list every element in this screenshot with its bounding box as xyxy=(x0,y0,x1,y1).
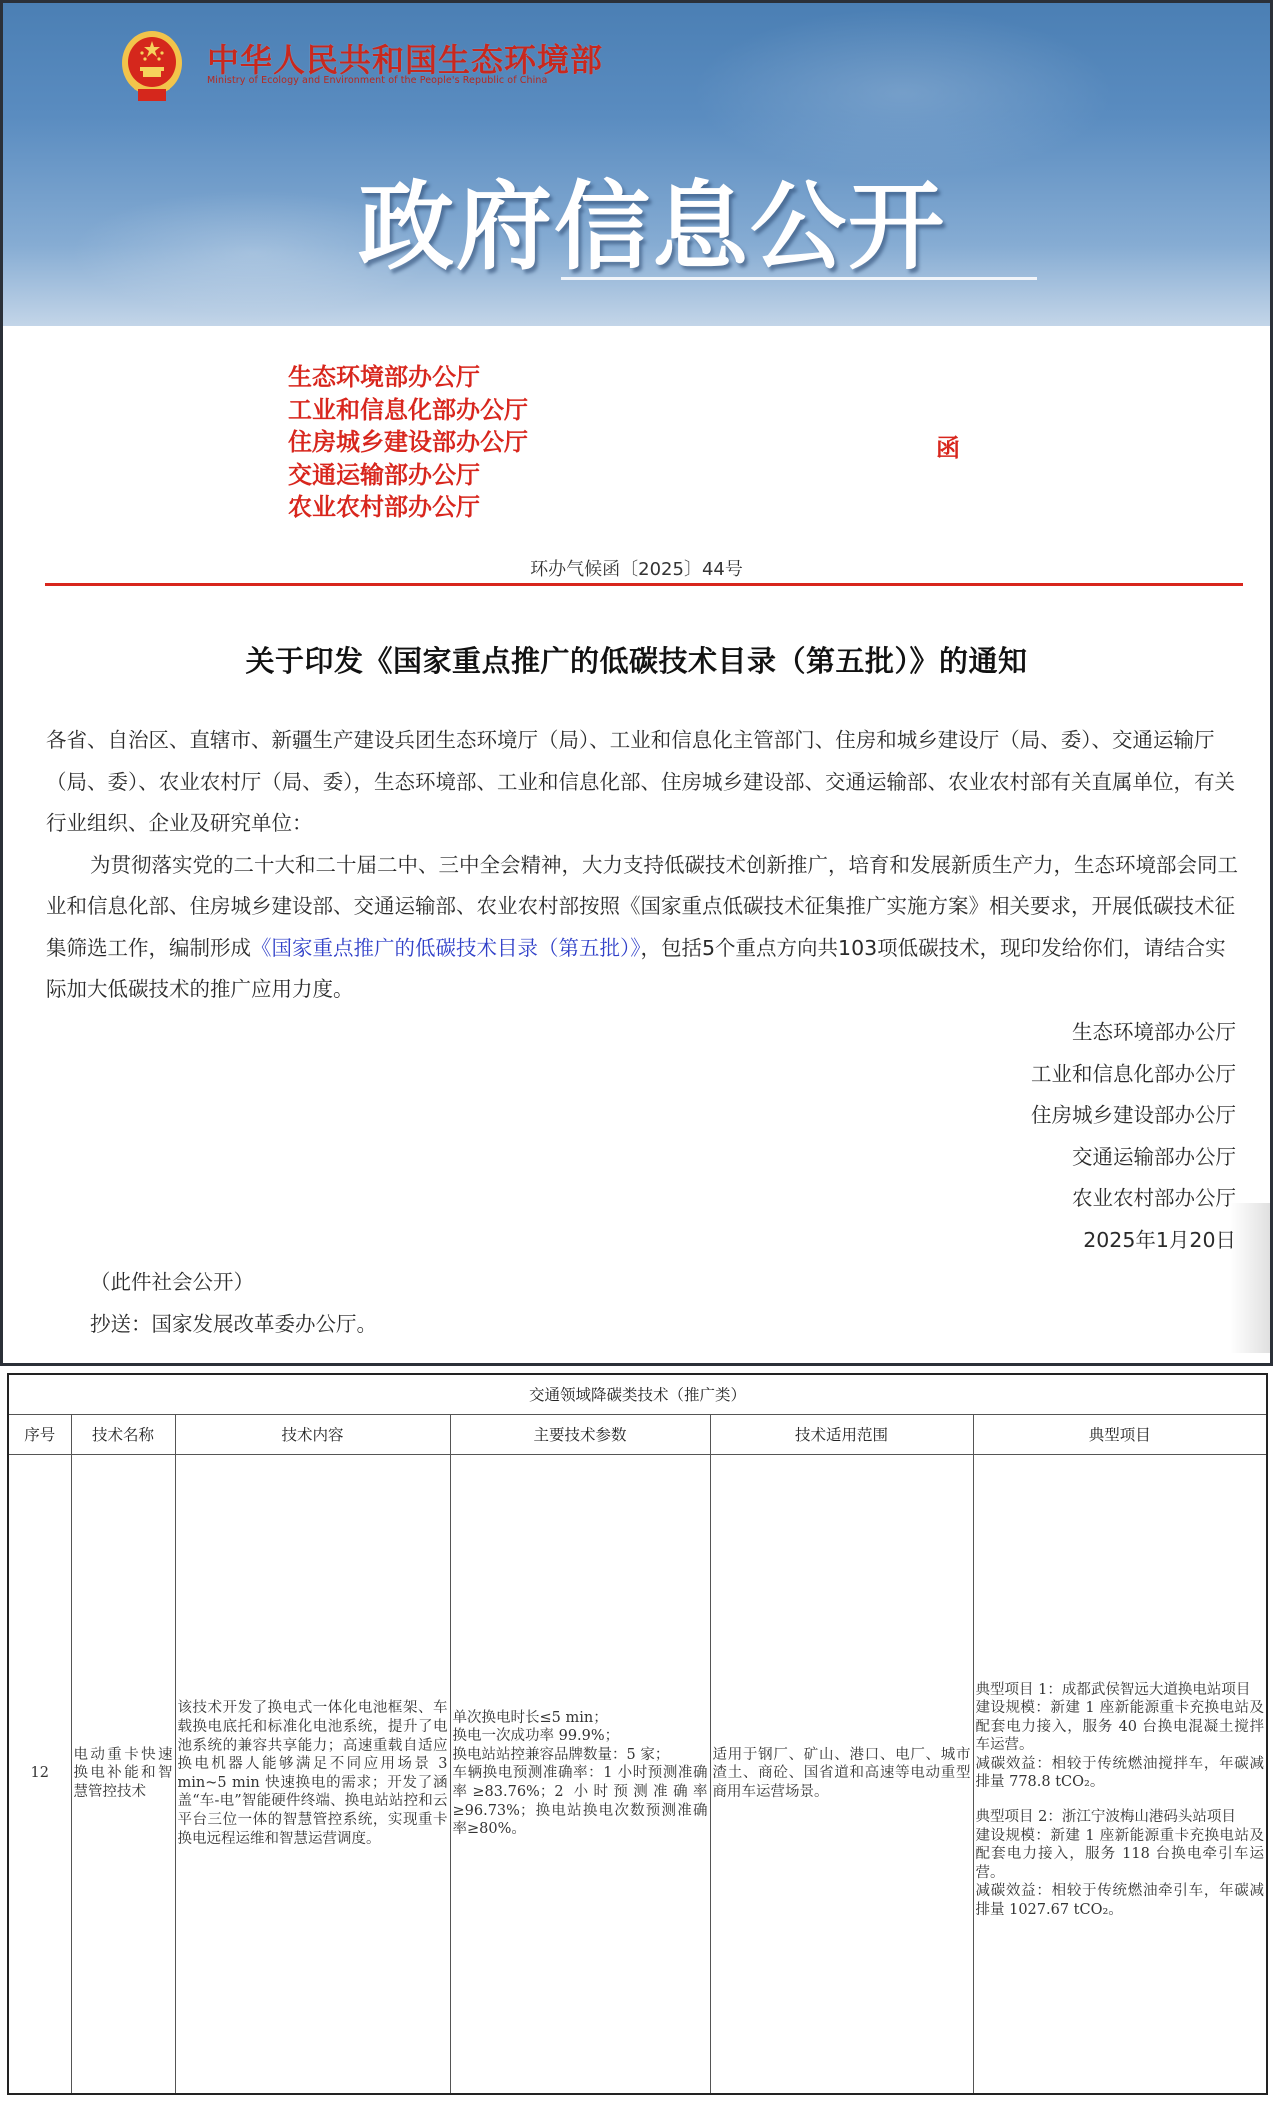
notice-title: 关于印发《国家重点推广的低碳技术目录（第五批）》的通知 xyxy=(3,639,1270,680)
parameter-item: 换电一次成功率 99.9%； xyxy=(453,1727,708,1746)
catalog-link[interactable]: 《国家重点推广的低碳技术目录（第五批）》 xyxy=(251,936,641,960)
tech-scope: 适用于钢厂、矿山、港口、电厂、城市渣土、商砼、国省道和高速等电动重型商用车运营场… xyxy=(710,1454,973,2094)
addressees: 各省、自治区、直辖市、新疆生产建设兵团生态环境厅（局）、工业和信息化主管部门、住… xyxy=(46,720,1246,845)
signature-item: 农业农村部办公厅 xyxy=(1031,1178,1236,1220)
signature-item: 生态环境部办公厅 xyxy=(1031,1012,1236,1054)
column-header-parameters: 主要技术参数 xyxy=(450,1414,710,1454)
tech-name: 电动重卡快速换电补能和智慧管控技术 xyxy=(71,1454,175,2094)
banner-title: 政府信息公开 xyxy=(358,151,946,288)
sender-item: 工业和信息化部办公厅 xyxy=(288,394,528,427)
signature-item: 交通运输部办公厅 xyxy=(1031,1137,1236,1179)
column-header-scope: 技术适用范围 xyxy=(710,1414,973,1454)
gov-info-banner: 中华人民共和国生态环境部 Ministry of Ecology and Env… xyxy=(3,3,1270,326)
national-emblem-icon xyxy=(120,29,184,105)
sender-item: 交通运输部办公厅 xyxy=(288,459,528,492)
column-header-name: 技术名称 xyxy=(71,1414,175,1454)
project-title: 典型项目 2：浙江宁波梅山港码头站项目 xyxy=(976,1808,1265,1827)
column-header-content: 技术内容 xyxy=(175,1414,450,1454)
project-scale: 建设规模：新建 1 座新能源重卡充换电站及配套电力接入，服务 40 台换电混凝土… xyxy=(976,1699,1265,1755)
parameter-item: 换电站站控兼容品牌数量：5 家； xyxy=(453,1746,708,1765)
parameter-item: 单次换电时长≤5 min； xyxy=(453,1709,708,1728)
signature-item: 工业和信息化部办公厅 xyxy=(1031,1054,1236,1096)
notice-document: 中华人民共和国生态环境部 Ministry of Ecology and Env… xyxy=(0,0,1273,1366)
project-item: 典型项目 1：成都武侯智远大道换电站项目 建设规模：新建 1 座新能源重卡充换电… xyxy=(976,1681,1265,1793)
project-benefit: 减碳效益：相较于传统燃油搅拌车，年碳减排量 778.8 tCO₂。 xyxy=(976,1755,1265,1792)
document-number: 环办气候函〔2025〕44号 xyxy=(3,555,1270,581)
row-index: 12 xyxy=(8,1454,71,2094)
red-header-rule xyxy=(45,583,1243,586)
tech-parameters: 单次换电时长≤5 min； 换电一次成功率 99.9%； 换电站站控兼容品牌数量… xyxy=(450,1454,710,2094)
signature-item: 住房城乡建设部办公厅 xyxy=(1031,1095,1236,1137)
project-title: 典型项目 1：成都武侯智远大道换电站项目 xyxy=(976,1681,1265,1700)
low-carbon-tech-table: 交通领域降碳类技术（推广类） 序号 技术名称 技术内容 主要技术参数 技术适用范… xyxy=(7,1373,1268,2095)
page-edge-shadow xyxy=(1230,1203,1270,1353)
doc-type-mark: 函 xyxy=(936,428,960,463)
notice-body: 各省、自治区、直辖市、新疆生产建设兵团生态环境厅（局）、工业和信息化主管部门、住… xyxy=(46,720,1246,1011)
sender-item: 农业农村部办公厅 xyxy=(288,491,528,524)
banner-divider xyxy=(561,277,1037,280)
tech-content: 该技术开发了换电式一体化电池框架、车载换电底托和标准化电池系统，提升了电池系统的… xyxy=(175,1454,450,2094)
project-item: 典型项目 2：浙江宁波梅山港码头站项目 建设规模：新建 1 座新能源重卡充换电站… xyxy=(976,1808,1265,1920)
signature-date: 2025年1月20日 xyxy=(1031,1220,1236,1262)
sender-list: 生态环境部办公厅 工业和信息化部办公厅 住房城乡建设部办公厅 交通运输部办公厅 … xyxy=(288,361,528,524)
column-header-index: 序号 xyxy=(8,1414,71,1454)
typical-projects: 典型项目 1：成都武侯智远大道换电站项目 建设规模：新建 1 座新能源重卡充换电… xyxy=(973,1454,1267,2094)
table-header-row: 序号 技术名称 技术内容 主要技术参数 技术适用范围 典型项目 xyxy=(8,1414,1267,1454)
table-row: 12 电动重卡快速换电补能和智慧管控技术 该技术开发了换电式一体化电池框架、车载… xyxy=(8,1454,1267,2094)
column-header-projects: 典型项目 xyxy=(973,1414,1267,1454)
signature-block: 生态环境部办公厅 工业和信息化部办公厅 住房城乡建设部办公厅 交通运输部办公厅 … xyxy=(1031,1012,1236,1262)
project-scale: 建设规模：新建 1 座新能源重卡充换电站及配套电力接入，服务 118 台换电牵引… xyxy=(976,1827,1265,1883)
table-caption: 交通领域降碳类技术（推广类） xyxy=(8,1374,1267,1414)
project-benefit: 减碳效益：相较于传统燃油牵引车，年碳减排量 1027.67 tCO₂。 xyxy=(976,1882,1265,1919)
sender-item: 生态环境部办公厅 xyxy=(288,361,528,394)
parameter-item: 车辆换电预测准确率：1 小时预测准确率≥83.76%；2 小时预测准确率≥96.… xyxy=(453,1764,708,1838)
public-note: （此件社会公开） xyxy=(90,1265,254,1295)
cc-line: 抄送：国家发展改革委办公厅。 xyxy=(90,1307,377,1337)
body-paragraph: 为贯彻落实党的二十大和二十届二中、三中全会精神，大力支持低碳技术创新推广，培育和… xyxy=(46,845,1246,1011)
ministry-name-en: Ministry of Ecology and Environment of t… xyxy=(207,75,547,86)
sender-item: 住房城乡建设部办公厅 xyxy=(288,426,528,459)
